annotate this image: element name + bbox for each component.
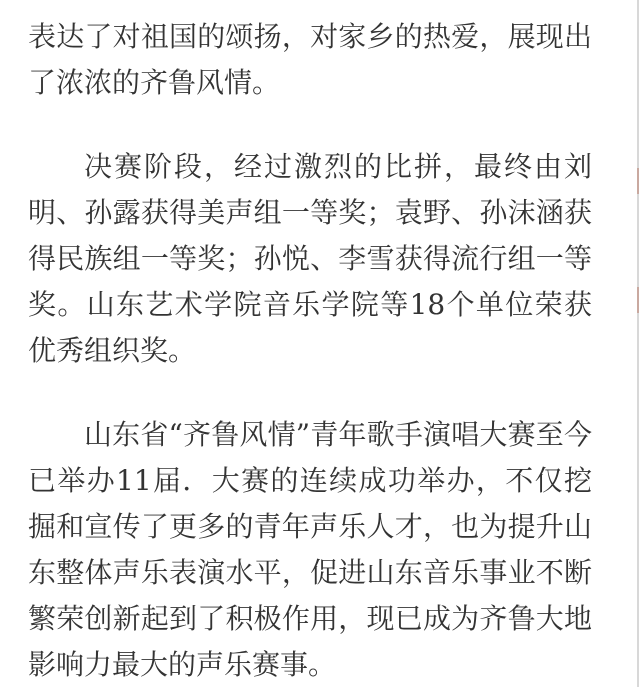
paragraph-gap bbox=[28, 374, 592, 412]
paragraph-competition-history: 山东省“齐鲁风情”青年歌手演唱大赛至今已举办11届．大赛的连续成功举办，不仅挖掘… bbox=[28, 412, 592, 687]
page-edge-line bbox=[637, 0, 639, 687]
paragraph-gap bbox=[28, 106, 592, 144]
page-edge-mark bbox=[637, 287, 639, 313]
paragraph-final-results: 决赛阶段，经过激烈的比拼，最终由刘明、孙露获得美声组一等奖；袁野、孙沫涵获得民族… bbox=[28, 144, 592, 374]
page-edge-mark bbox=[637, 168, 639, 194]
paragraph-closing-intro: 表达了对祖国的颂扬，对家乡的热爱，展现出了浓浓的齐鲁风情。 bbox=[28, 14, 592, 106]
article-body: 表达了对祖国的颂扬，对家乡的热爱，展现出了浓浓的齐鲁风情。 决赛阶段，经过激烈的… bbox=[28, 14, 592, 687]
